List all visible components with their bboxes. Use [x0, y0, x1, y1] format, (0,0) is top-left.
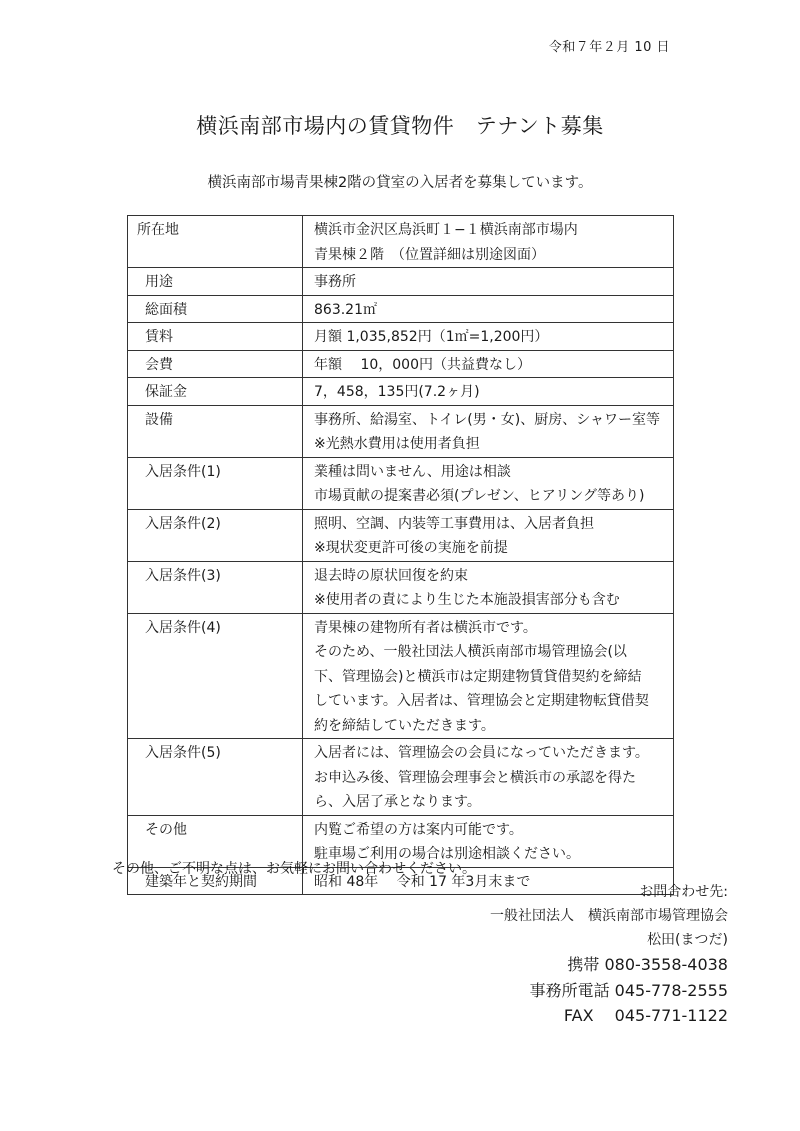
- value-line: 市場貢献の提案書必須(プレゼン、ヒアリング等あり): [314, 484, 673, 509]
- value-line: 863.21㎡: [314, 298, 673, 323]
- row-value: 横浜市金沢区鳥浜町１−１横浜南部市場内青果棟２階 （位置詳細は別途図面）: [303, 216, 674, 268]
- value-line: 事務所: [314, 270, 673, 295]
- row-value: 入居者には、管理協会の会員になっていただきます。お申込み後、管理協会理事会と横浜…: [303, 739, 674, 816]
- contact-organization: 一般社団法人 横浜南部市場管理協会: [490, 904, 728, 928]
- row-value: 7，458，135円(7.2ヶ月): [303, 378, 674, 406]
- contact-fax: FAX 045-771-1122: [490, 1003, 728, 1029]
- row-value: 業種は問いません、用途は相談市場貢献の提案書必須(プレゼン、ヒアリング等あり): [303, 457, 674, 509]
- value-line: 青果棟２階 （位置詳細は別途図面）: [314, 243, 673, 268]
- table-row: 総面積863.21㎡: [128, 295, 674, 323]
- lead-text: 横浜南部市場青果棟2階の貸室の入居者を募集しています。: [0, 171, 800, 192]
- row-label: 入居条件(1): [128, 457, 303, 509]
- value-line: 照明、空調、内装等工事費用は、入居者負担: [314, 512, 673, 537]
- table-row: 設備事務所、給湯室、トイレ(男・女)、厨房、シャワー室等※光熱水費用は使用者負担: [128, 405, 674, 457]
- table-row: 入居条件(2)照明、空調、内装等工事費用は、入居者負担※現状変更許可後の実施を前…: [128, 509, 674, 561]
- row-label: 入居条件(5): [128, 739, 303, 816]
- table-row: 入居条件(5)入居者には、管理協会の会員になっていただきます。お申込み後、管理協…: [128, 739, 674, 816]
- contact-person: 松田(まつだ): [490, 928, 728, 952]
- value-line: 入居者には、管理協会の会員になっていただきます。: [314, 741, 673, 766]
- row-label: 保証金: [128, 378, 303, 406]
- value-line: 退去時の原状回復を約束: [314, 564, 673, 589]
- row-label: 所在地: [128, 216, 303, 268]
- document-date: 令和７年２月 10 日: [549, 36, 670, 55]
- table-row: 賃料月額 1,035,852円（1㎡=1,200円）: [128, 323, 674, 351]
- value-line: ※現状変更許可後の実施を前提: [314, 536, 673, 561]
- row-label: 賃料: [128, 323, 303, 351]
- value-line: 横浜市金沢区鳥浜町１−１横浜南部市場内: [314, 218, 673, 243]
- value-line: しています。入居者は、管理協会と定期建物転貸借契: [314, 689, 673, 714]
- footnote: その他、ご不明な点は、お気軽にお問い合わせください。: [112, 858, 476, 878]
- table-row: 入居条件(4)青果棟の建物所有者は横浜市です。そのため、一般社団法人横浜南部市場…: [128, 613, 674, 739]
- table-row: 会費年額 10，000円（共益費なし）: [128, 350, 674, 378]
- value-line: 月額 1,035,852円（1㎡=1,200円）: [314, 325, 673, 350]
- table-row: 入居条件(1)業種は問いません、用途は相談市場貢献の提案書必須(プレゼン、ヒアリ…: [128, 457, 674, 509]
- row-label: 総面積: [128, 295, 303, 323]
- row-value: 年額 10，000円（共益費なし）: [303, 350, 674, 378]
- row-label: 用途: [128, 268, 303, 296]
- contact-mobile: 携帯 080-3558-4038: [490, 952, 728, 978]
- table-row: 保証金7，458，135円(7.2ヶ月): [128, 378, 674, 406]
- contact-heading: お問合わせ先:: [490, 880, 728, 904]
- value-line: 年額 10，000円（共益費なし）: [314, 353, 673, 378]
- contact-office-phone: 事務所電話 045-778-2555: [490, 978, 728, 1004]
- document-title: 横浜南部市場内の賃貸物件 テナント募集: [0, 110, 800, 140]
- row-value: 事務所、給湯室、トイレ(男・女)、厨房、シャワー室等※光熱水費用は使用者負担: [303, 405, 674, 457]
- row-value: 退去時の原状回復を約束※使用者の責により生じた本施設損害部分も含む: [303, 561, 674, 613]
- row-label: 入居条件(2): [128, 509, 303, 561]
- property-spec-table: 所在地横浜市金沢区鳥浜町１−１横浜南部市場内青果棟２階 （位置詳細は別途図面）用…: [127, 215, 674, 895]
- value-line: そのため、一般社団法人横浜南部市場管理協会(以: [314, 640, 673, 665]
- row-label: 入居条件(3): [128, 561, 303, 613]
- table-row: 用途事務所: [128, 268, 674, 296]
- row-label: 入居条件(4): [128, 613, 303, 739]
- row-value: 863.21㎡: [303, 295, 674, 323]
- value-line: 7，458，135円(7.2ヶ月): [314, 380, 673, 405]
- value-line: ※使用者の責により生じた本施設損害部分も含む: [314, 588, 673, 613]
- row-label: 設備: [128, 405, 303, 457]
- row-value: 事務所: [303, 268, 674, 296]
- table-row: 所在地横浜市金沢区鳥浜町１−１横浜南部市場内青果棟２階 （位置詳細は別途図面）: [128, 216, 674, 268]
- contact-block: お問合わせ先: 一般社団法人 横浜南部市場管理協会 松田(まつだ) 携帯 080…: [490, 880, 728, 1029]
- value-line: 青果棟の建物所有者は横浜市です。: [314, 616, 673, 641]
- row-value: 月額 1,035,852円（1㎡=1,200円）: [303, 323, 674, 351]
- row-label: 会費: [128, 350, 303, 378]
- table-row: 入居条件(3)退去時の原状回復を約束※使用者の責により生じた本施設損害部分も含む: [128, 561, 674, 613]
- value-line: 約を締結していただきます。: [314, 714, 673, 739]
- property-spec-body: 所在地横浜市金沢区鳥浜町１−１横浜南部市場内青果棟２階 （位置詳細は別途図面）用…: [128, 216, 674, 895]
- row-value: 青果棟の建物所有者は横浜市です。そのため、一般社団法人横浜南部市場管理協会(以下…: [303, 613, 674, 739]
- value-line: ら、入居了承となります。: [314, 790, 673, 815]
- value-line: 事務所、給湯室、トイレ(男・女)、厨房、シャワー室等: [314, 408, 673, 433]
- value-line: お申込み後、管理協会理事会と横浜市の承認を得た: [314, 766, 673, 791]
- value-line: ※光熱水費用は使用者負担: [314, 432, 673, 457]
- value-line: 下、管理協会)と横浜市は定期建物賃貸借契約を締結: [314, 665, 673, 690]
- row-value: 照明、空調、内装等工事費用は、入居者負担※現状変更許可後の実施を前提: [303, 509, 674, 561]
- value-line: 内覧ご希望の方は案内可能です。: [314, 818, 673, 843]
- value-line: 業種は問いません、用途は相談: [314, 460, 673, 485]
